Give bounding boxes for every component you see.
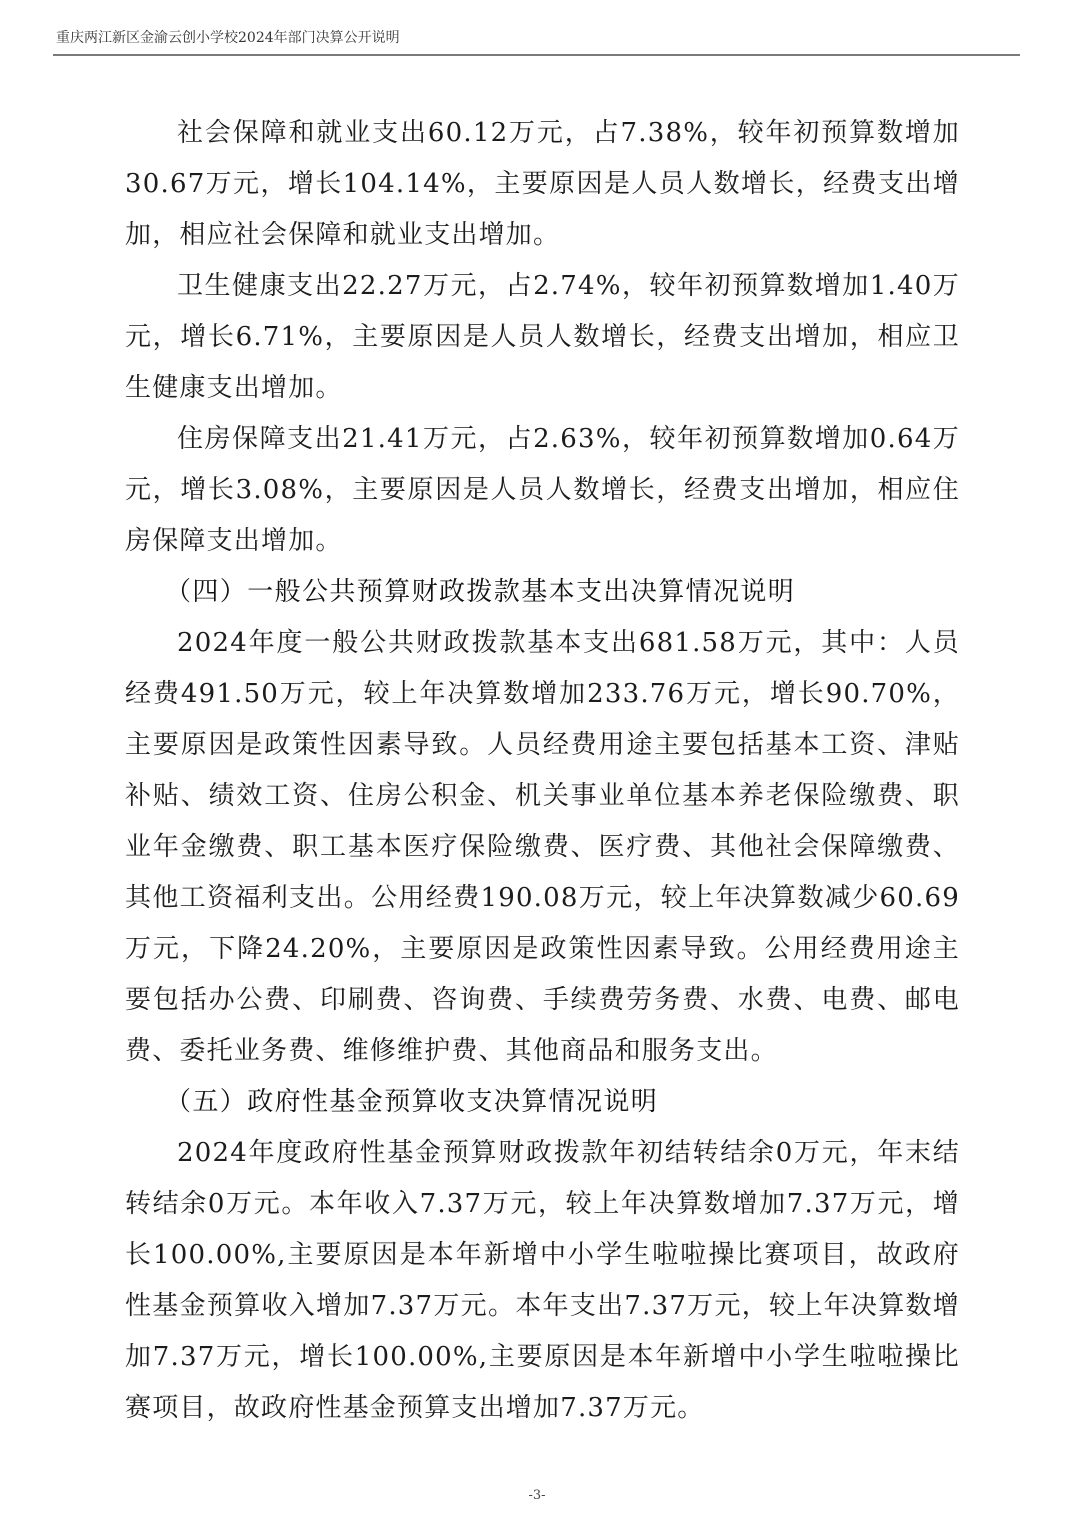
paragraph-health-expenditure: 卫生健康支出22.27万元，占2.74%，较年初预算数增加1.40万元，增长6.…	[125, 261, 960, 414]
page-number: -3-	[0, 1488, 1074, 1504]
paragraph-basic-expenditure: 2024年度一般公共财政拨款基本支出681.58万元，其中：人员经费491.50…	[125, 618, 960, 1077]
section-heading-5: （五）政府性基金预算收支决算情况说明	[125, 1077, 960, 1128]
paragraph-housing-expenditure: 住房保障支出21.41万元，占2.63%，较年初预算数增加0.64万元，增长3.…	[125, 414, 960, 567]
paragraph-government-fund: 2024年度政府性基金预算财政拨款年初结转结余0万元，年末结转结余0万元。本年收…	[125, 1128, 960, 1434]
document-body: 社会保障和就业支出60.12万元，占7.38%，较年初预算数增加30.67万元，…	[125, 108, 960, 1434]
section-heading-4: （四）一般公共预算财政拨款基本支出决算情况说明	[125, 567, 960, 618]
paragraph-social-security-expenditure: 社会保障和就业支出60.12万元，占7.38%，较年初预算数增加30.67万元，…	[125, 108, 960, 261]
page-header: 重庆两江新区金渝云创小学校2024年部门决算公开说明	[53, 27, 1020, 56]
document-title: 重庆两江新区金渝云创小学校2024年部门决算公开说明	[56, 29, 400, 47]
